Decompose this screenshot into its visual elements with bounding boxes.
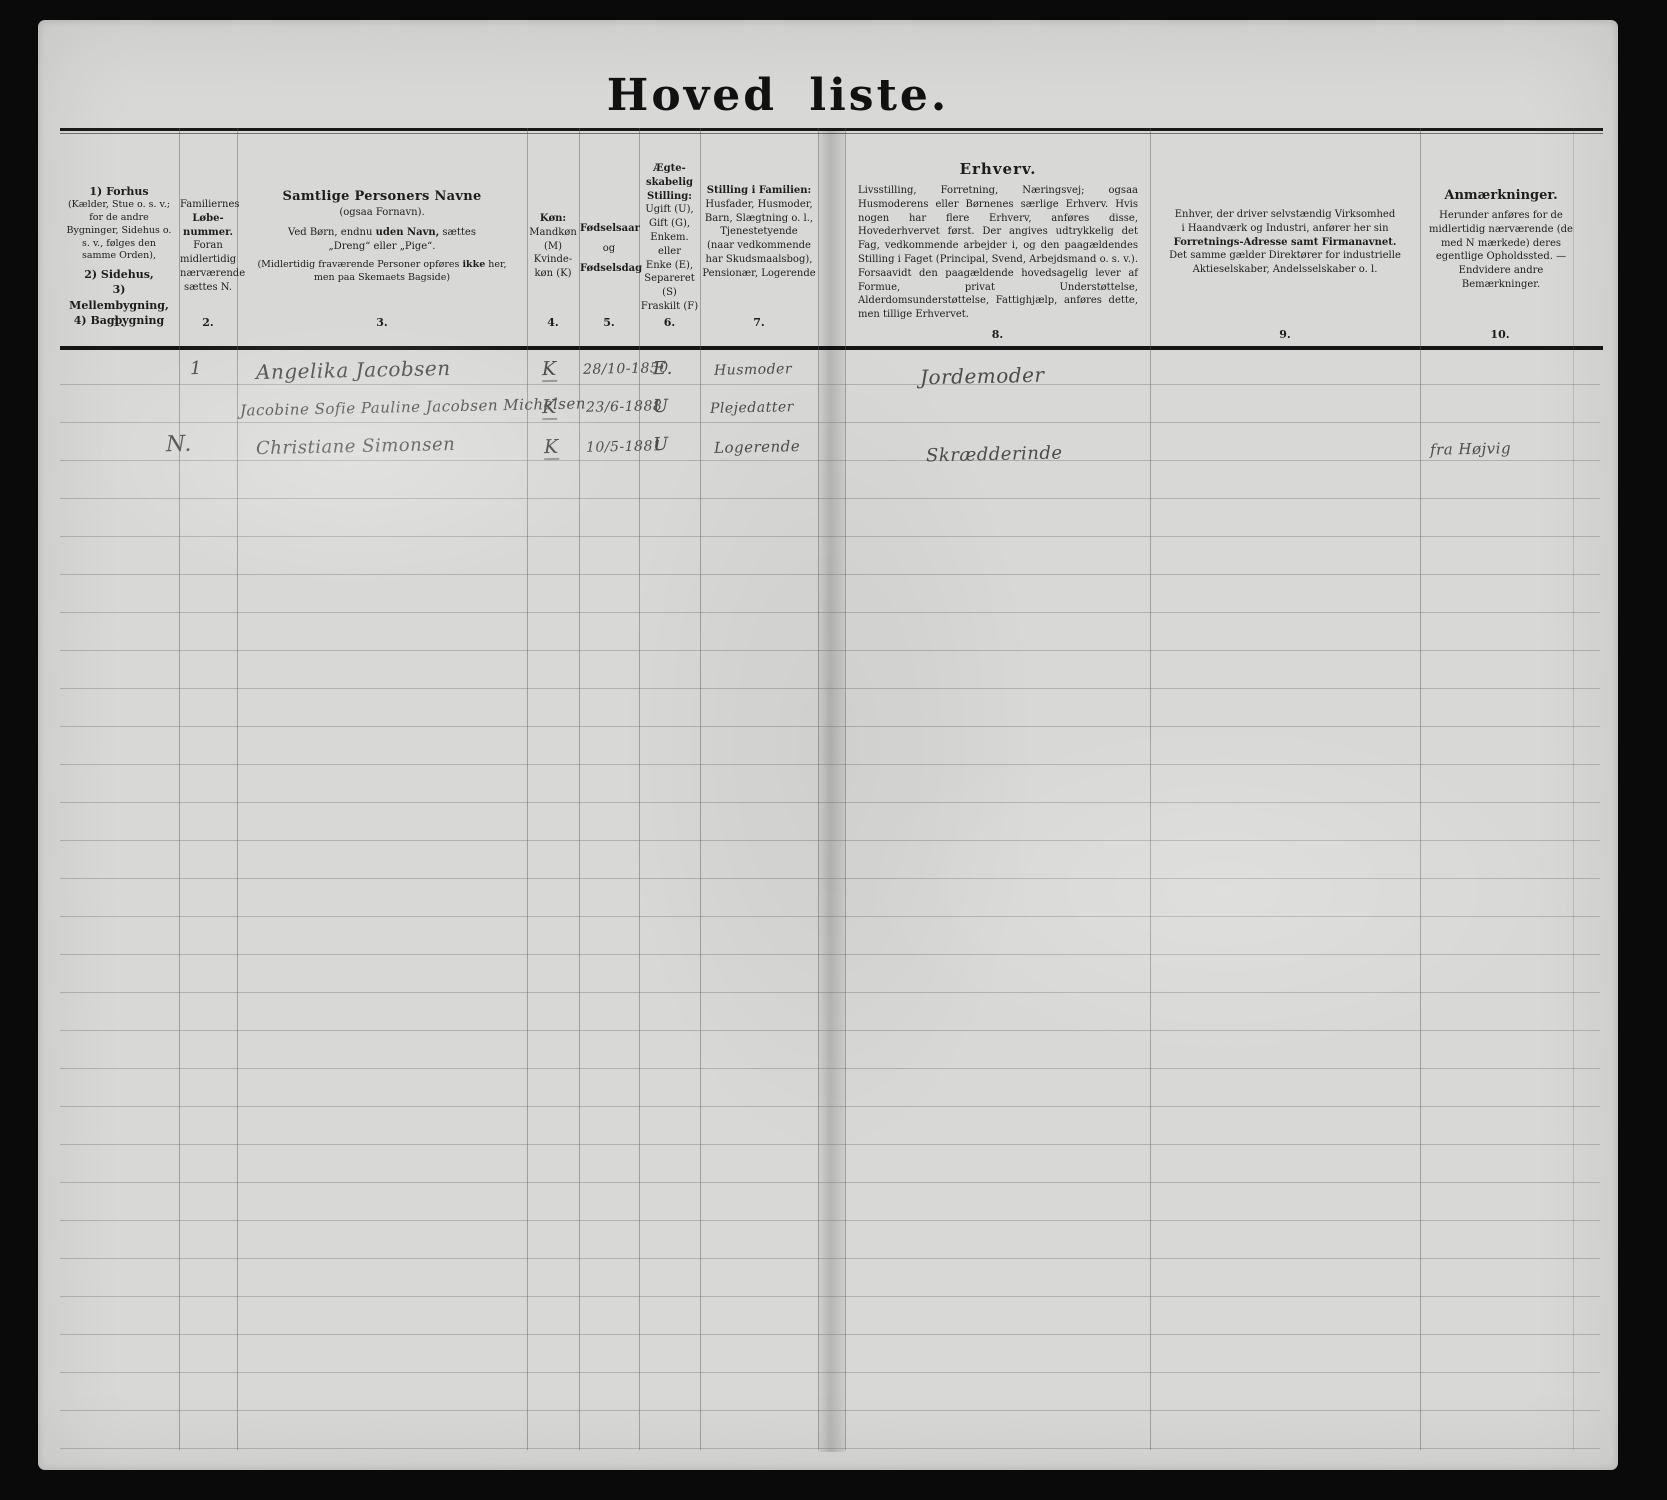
entry-name: Christiane Simonsen: [256, 434, 456, 459]
header-text: Erhverv.: [858, 160, 1138, 178]
entry-birthdate: 10/5-1881: [586, 438, 663, 456]
entry-name: Jacobine Sofie Pauline Jacobsen Michelse…: [240, 394, 586, 419]
header-text: Det samme gælder Direktører for industri…: [1158, 249, 1412, 263]
header-text: men paa Skemaets Bagside): [247, 272, 517, 285]
header-text: Aktieselskaber, Andelsselskaber o. l.: [1158, 263, 1412, 277]
rule-line: [60, 726, 1600, 727]
header-text: Ved Børn, endnu uden Navn, sættes: [247, 226, 517, 240]
header-text: (naar vedkommende: [701, 239, 817, 253]
header-col8-occupation: Erhverv. Livsstilling, Forretning, Nærin…: [858, 160, 1138, 322]
entry-family-position: Husmoder: [714, 361, 792, 379]
rule-line: [60, 1448, 1600, 1449]
header-col9-business-address: Enhver, der driver selvstændig Virksomhe…: [1158, 208, 1412, 277]
entry-family-position: Logerende: [714, 437, 801, 457]
rule-line: [60, 1296, 1600, 1297]
header-text: Fraskilt (F): [640, 300, 699, 314]
header-text: Forretnings-Adresse samt Firmanavnet.: [1158, 236, 1412, 250]
column-number-4: 4.: [527, 316, 579, 329]
header-col10-remarks: Anmærkninger. Herunder anføres for de mi…: [1426, 188, 1576, 292]
header-text: Ugift (U),: [640, 203, 699, 217]
column-divider: [818, 128, 819, 1450]
header-text: Anmærkninger.: [1426, 188, 1576, 203]
entry-birthdate: 23/6-1888: [586, 398, 663, 416]
header-col3-names: Samtlige Personers Navne (ogsaa Fornavn)…: [247, 188, 517, 285]
entry-occupation: Skrædderinde: [926, 443, 1063, 467]
header-text: Køn:: [528, 212, 578, 226]
column-number-6: 6.: [639, 316, 700, 329]
column-number-7: 7.: [700, 316, 818, 329]
header-col7-family-position: Stilling i Familien: Husfader, Husmoder,…: [701, 184, 817, 281]
header-text: Foran: [180, 239, 236, 253]
rule-line: [60, 1410, 1600, 1411]
header-text: Tjenestetyende: [701, 225, 817, 239]
entry-family-position: Plejedatter: [710, 399, 794, 417]
header-text: Stilling:: [640, 190, 699, 204]
header-text: Mandkøn: [528, 226, 578, 240]
rule-line: [60, 1144, 1600, 1145]
header-text: Enke (E),: [640, 259, 699, 273]
header-text: Fødselsaar: [580, 222, 638, 236]
rule-line: [60, 384, 1600, 385]
column-number-5: 5.: [579, 316, 639, 329]
rule-line: [60, 954, 1600, 955]
column-divider: [1573, 128, 1574, 1450]
header-text: Fødselsdag: [580, 262, 638, 276]
header-text: 3) Mellembygning,: [64, 282, 174, 312]
entry-marital-status: U: [653, 396, 669, 417]
header-text: Livsstilling, Forretning, Næringsvej; og…: [858, 184, 1138, 322]
rule-line: [60, 764, 1600, 765]
rule-line: [60, 802, 1600, 803]
column-number-9: 9.: [1150, 328, 1420, 341]
header-text: (Midlertidig fraværende Personer opføres…: [247, 259, 517, 272]
header-text: Herunder anføres for de midlertidig nærv…: [1426, 209, 1576, 292]
header-text: har Skudsmaalsbog),: [701, 253, 817, 267]
header-text: Familiernes: [180, 198, 236, 212]
rule-line: [60, 1258, 1600, 1259]
header-text: og: [580, 242, 638, 256]
entry-remark: fra Højvig: [1430, 439, 1511, 459]
rule-line: [60, 422, 1600, 423]
entry-sex: K: [542, 396, 557, 420]
header-text: i Haandværk og Industri, anfører her sin: [1158, 222, 1412, 236]
header-text: Enkem. eller: [640, 231, 699, 259]
column-number-8: 8.: [845, 328, 1150, 341]
scanned-census-page: { "title": "Hoved liste.", "header": { "…: [0, 0, 1667, 1500]
header-text: nærværende: [180, 267, 236, 281]
header-text: midlertidig: [180, 253, 236, 267]
rule-line: [60, 1068, 1600, 1069]
rule-line: [60, 688, 1600, 689]
rule-line: [60, 498, 1600, 499]
header-text: Stilling i Familien:: [701, 184, 817, 198]
rule-line: [60, 1220, 1600, 1221]
header-col5-birthdate: Fødselsaar og Fødselsdag: [580, 222, 638, 275]
header-text: Husfader, Husmoder,: [701, 198, 817, 212]
header-text: 2) Sidehus,: [64, 267, 174, 282]
rule-line: [60, 992, 1600, 993]
header-text: (M): [528, 240, 578, 254]
entry-marital-status: E.: [653, 358, 673, 379]
header-text: (S): [640, 286, 699, 300]
header-text: sættes N.: [180, 281, 236, 295]
rule-line: [60, 878, 1600, 879]
rule-line: [60, 1182, 1600, 1183]
header-col2-family-number: Familiernes Løbe- nummer. Foran midlerti…: [180, 198, 236, 295]
rule-line: [60, 916, 1600, 917]
rule-line: [60, 1372, 1600, 1373]
rule-line: [60, 536, 1600, 537]
entry-family-number: N.: [166, 432, 192, 458]
entry-sex: K: [544, 436, 559, 460]
column-divider: [845, 128, 846, 1450]
rule-line: [60, 1030, 1600, 1031]
header-text: Enhver, der driver selvstændig Virksomhe…: [1158, 208, 1412, 222]
rule-line: [60, 460, 1600, 461]
header-text: Ægte-: [640, 162, 699, 176]
header-text: Løbe-: [180, 212, 236, 226]
rule-line: [60, 1334, 1600, 1335]
header-col1-buildings: 1) Forhus (Kælder, Stue o. s. v.; for de…: [64, 184, 174, 328]
header-text: Separeret: [640, 272, 699, 286]
header-text: (Kælder, Stue o. s. v.; for de andre Byg…: [64, 199, 174, 263]
header-text: Gift (G),: [640, 217, 699, 231]
column-number-1: 1.: [58, 316, 179, 329]
entry-name: Angelika Jacobsen: [256, 356, 451, 384]
rule-line: [60, 650, 1600, 651]
header-text: 1) Forhus: [64, 184, 174, 199]
header-text: Pensionær, Logerende: [701, 267, 817, 281]
column-divider: [1150, 128, 1151, 1450]
rule-line: [60, 840, 1600, 841]
page-fold-gutter: [818, 128, 845, 1452]
header-text: Kvinde-: [528, 253, 578, 267]
entry-occupation: Jordemoder: [920, 363, 1045, 390]
header-text: Barn, Slægtning o. l.,: [701, 212, 817, 226]
entry-marital-status: U: [653, 434, 669, 455]
column-divider: [1420, 128, 1421, 1450]
entry-sex: K: [542, 358, 557, 382]
column-number-10: 10.: [1420, 328, 1580, 341]
entry-family-number: 1: [190, 358, 202, 379]
page-title: Hoved liste.: [38, 70, 1518, 121]
column-number-2: 2.: [179, 316, 237, 329]
header-text: Samtlige Personers Navne: [247, 188, 517, 206]
header-text: køn (K): [528, 267, 578, 281]
header-text: (ogsaa Fornavn).: [247, 206, 517, 220]
rule-line: [60, 612, 1600, 613]
header-col4-sex: Køn: Mandkøn (M) Kvinde- køn (K): [528, 212, 578, 281]
column-number-3: 3.: [237, 316, 527, 329]
rule-line: [60, 574, 1600, 575]
header-text: „Dreng“ eller „Pige“.: [247, 240, 517, 254]
rule-line: [60, 1106, 1600, 1107]
census-form-page: Hoved liste. 1) Forhus (Kælder, Stue o. …: [38, 20, 1618, 1470]
header-text: nummer.: [180, 226, 236, 240]
header-text: skabelig: [640, 176, 699, 190]
header-col6-marital-status: Ægte- skabelig Stilling: Ugift (U), Gift…: [640, 162, 699, 314]
